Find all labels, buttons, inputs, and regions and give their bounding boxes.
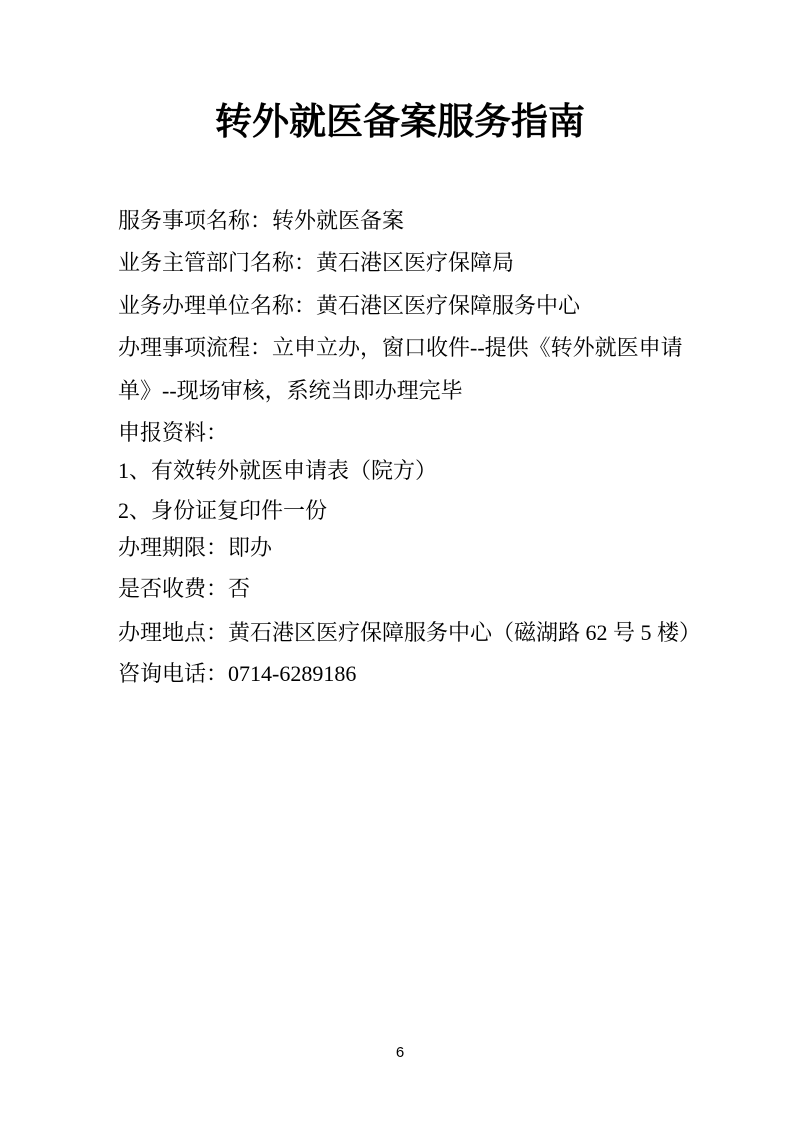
line-process-flow-1: 办理事项流程：立申立办，窗口收件--提供《转外就医申请 [118,326,696,369]
line-service-item-name: 服务事项名称：转外就医备案 [118,199,696,242]
line-supervising-department: 业务主管部门名称：黄石港区医疗保障局 [118,241,696,284]
line-inquiry-phone: 咨询电话：0714-6289186 [118,652,696,695]
line-handling-location: 办理地点：黄石港区医疗保障服务中心（磁湖路 62 号 5 楼） [118,611,696,654]
line-application-materials: 申报资料： [118,411,696,454]
line-process-flow-2: 单》--现场审核，系统当即办理完毕 [118,369,696,412]
document-title: 转外就医备案服务指南 [0,101,800,145]
document-body: 服务事项名称：转外就医备案 业务主管部门名称：黄石港区医疗保障局 业务办理单位名… [118,199,696,695]
line-processing-deadline: 办理期限：即办 [118,526,696,569]
line-material-item-1: 1、有效转外就医申请表（院方） [118,449,696,492]
page-number: 6 [0,1043,800,1063]
document-page: 转外就医备案服务指南 服务事项名称：转外就医备案 业务主管部门名称：黄石港区医疗… [0,0,800,1132]
line-fee-required: 是否收费：否 [118,567,696,610]
line-handling-unit: 业务办理单位名称：黄石港区医疗保障服务中心 [118,284,696,327]
